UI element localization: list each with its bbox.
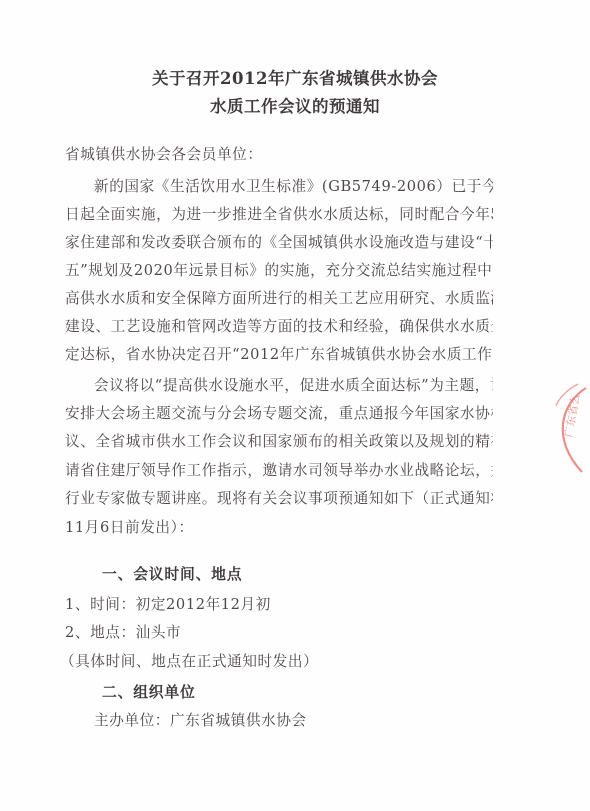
- document-title-line-2: 水质工作会议的预通知: [0, 93, 590, 117]
- official-seal-icon: 广东省么: [548, 380, 590, 480]
- paragraph-2-line: 请省住建厅领导作工作指示，邀请水司领导举办水业战略论坛，并邀请: [65, 461, 493, 481]
- document-title-line-1: 关于召开2012年广东省城镇供水协会: [0, 65, 590, 89]
- paragraph-1-line: 定达标，省水协决定召开“2012年广东省城镇供水协会水质工作会议”。: [65, 345, 493, 365]
- paragraph-2-line: 议、全省城市供水工作会议和国家颁布的相关政策以及规划的精神，邀: [65, 432, 493, 452]
- paragraph-1-line: 新的国家《生活饮用水卫生标准》(GB5749-2006）已于今年7月1: [94, 177, 493, 197]
- paragraph-1-line: 高供水水质和安全保障方面所进行的相关工艺应用研究、水质监测体系: [65, 289, 493, 309]
- section-1-item: 1、时间：初定2012年12月初: [65, 595, 271, 615]
- paragraph-2-line: 行业专家做专题讲座。现将有关会议事项预通知如下（正式通知将于: [65, 489, 493, 509]
- paragraph-1-line: 家住建部和发改委联合颁布的《全国城镇供水设施改造与建设“十二: [65, 233, 493, 253]
- section-1-item: 2、地点：汕头市: [65, 623, 181, 643]
- section-1-note: （具体时间、地点在正式通知时发出）: [60, 652, 318, 672]
- document-page: 关于召开2012年广东省城镇供水协会 水质工作会议的预通知 省城镇供水协会各会员…: [0, 0, 590, 811]
- salutation: 省城镇供水协会各会员单位：: [65, 145, 263, 165]
- section-2-heading: 二、组织单位: [102, 681, 196, 702]
- paragraph-2-line: 11月6日前发出）：: [65, 518, 194, 538]
- paragraph-1-line: 建设、工艺设施和管网改造等方面的技术和经验，确保供水水质全面稳: [65, 317, 493, 337]
- paragraph-2-line: 会议将以“提高供水设施水平，促进水质全面达标”为主题，计划: [94, 376, 493, 396]
- paragraph-1-line: 五”规划及2020年远景目标》的实施，充分交流总结实施过程中在提: [65, 261, 493, 281]
- paragraph-2-line: 安排大会场主题交流与分会场专题交流，重点通报今年国家水协相关会: [65, 404, 493, 424]
- section-1-heading: 一、会议时间、地点: [102, 563, 242, 584]
- section-2-item: 主办单位：广东省城镇供水协会: [94, 711, 307, 731]
- paragraph-1-line: 日起全面实施，为进一步推进全省供水水质达标，同时配合今年5月国: [65, 205, 493, 225]
